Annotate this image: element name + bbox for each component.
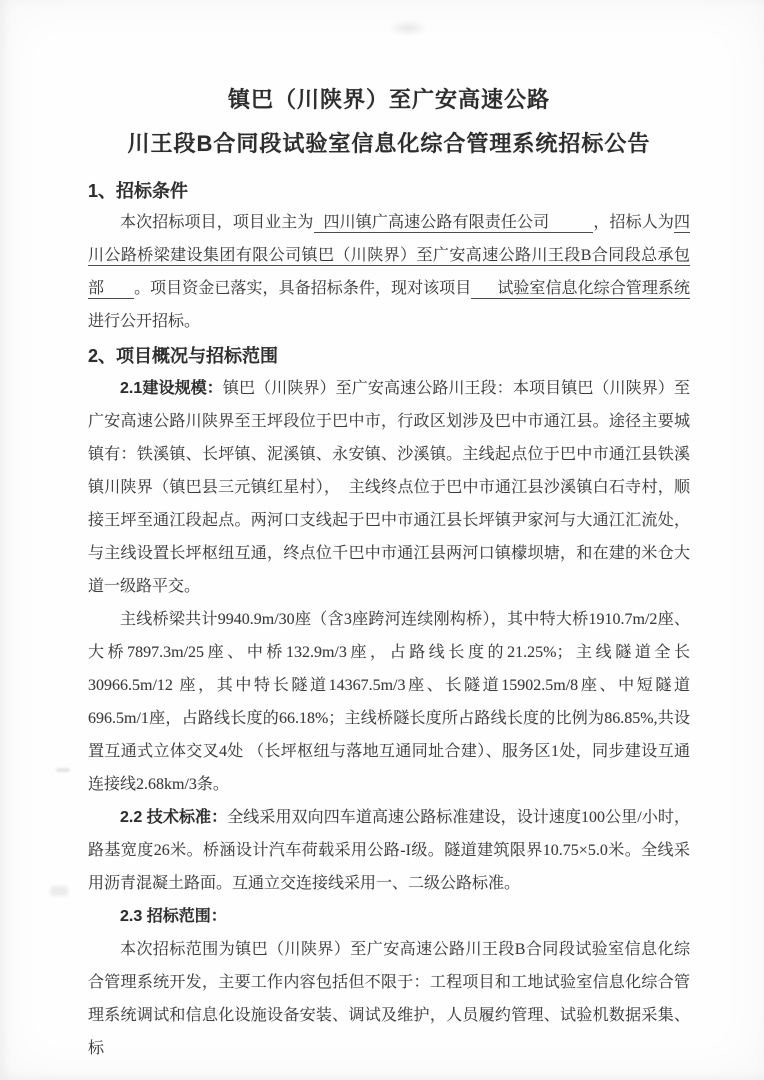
technical-standard-label: 2.2 技术标准： <box>120 809 227 826</box>
scan-artifact-mark <box>50 886 68 896</box>
text-run: 。项目资金已落实，具备招标条件，现对该项目 <box>134 280 471 297</box>
technical-standard-paragraph: 2.2 技术标准：全线采用双向四车道高速公路标准建设，设计速度100公里/小时，… <box>88 801 690 900</box>
tender-scope-paragraph: 本次招标范围为镇巴（川陕界）至广安高速公路川王段B合同段试验室信息化综合管理系统… <box>88 933 690 1065</box>
construction-scale-paragraph: 2.1建设规模：镇巴（川陕界）至广安高速公路川王段：本项目镇巴（川陕界）至广安高… <box>88 372 690 603</box>
scan-artifact-mark <box>56 768 70 772</box>
construction-scale-label: 2.1建设规模： <box>120 380 223 397</box>
project-name-underlined: 试验室信息化综合管理系统 <box>471 280 690 299</box>
section-1-heading: 1、招标条件 <box>88 178 690 204</box>
document-title: 镇巴（川陕界）至广安高速公路 川王段B合同段试验室信息化综合管理系统招标公告 <box>88 78 690 166</box>
title-line-1: 镇巴（川陕界）至广安高速公路 <box>88 78 690 122</box>
owner-name-underlined: 四川镇广高速公路有限责任公司 <box>314 214 594 233</box>
text-run: ，招标人为 <box>593 214 674 231</box>
text-run: 进行公开招标。 <box>88 313 200 330</box>
document-page: 镇巴（川陕界）至广安高速公路 川王段B合同段试验室信息化综合管理系统招标公告 1… <box>0 0 764 1080</box>
section-2-heading: 2、项目概况与招标范围 <box>88 343 690 369</box>
text-run: 本次招标项目，项目业主为 <box>120 214 314 231</box>
scan-smudge <box>388 20 428 36</box>
tender-conditions-paragraph: 本次招标项目，项目业主为四川镇广高速公路有限责任公司，招标人为四川公路桥梁建设集… <box>88 206 690 338</box>
construction-scale-text: 镇巴（川陕界）至广安高速公路川王段：本项目镇巴（川陕界）至广安高速公路川陕界至王… <box>88 380 690 595</box>
title-line-2: 川王段B合同段试验室信息化综合管理系统招标公告 <box>88 122 690 166</box>
bridge-tunnel-paragraph: 主线桥梁共计9940.9m/30座（含3座跨河连续刚构桥），其中特大桥1910.… <box>88 603 690 801</box>
tender-scope-heading: 2.3 招标范围： <box>88 900 690 933</box>
